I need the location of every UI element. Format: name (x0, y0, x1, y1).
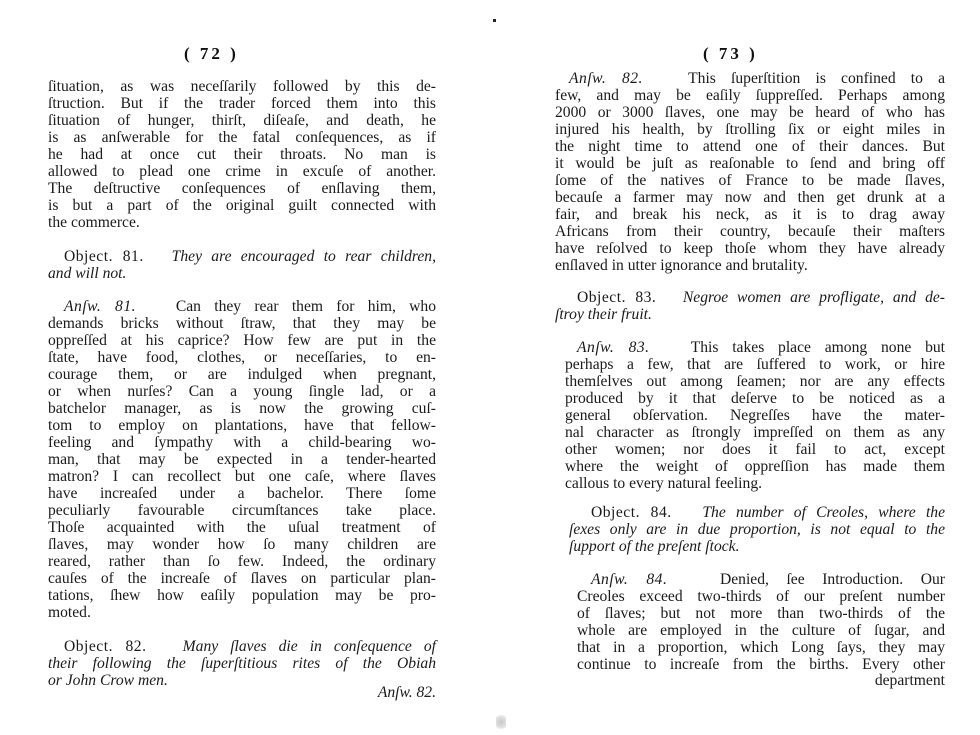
text-line: ſtate, have food, clothes, or neceſſarie… (48, 349, 436, 366)
text-line: 2000 or 3000 ſlaves, one may be heard of… (555, 104, 945, 121)
answer-text: This ſuperſtition is confined to a (688, 70, 945, 87)
text-line: ſituation, as was neceſſarily followed b… (48, 78, 436, 95)
text-line: the night time to attend one of their da… (555, 138, 945, 155)
objection-text: ſtroy their fruit. (555, 306, 945, 323)
text-line: ſome of the natives of France to be made… (555, 172, 945, 189)
text-line: allowed to plead one crime in excuſe of … (48, 163, 436, 180)
text-line: reared, rather than ſo few. Indeed, the … (48, 553, 436, 570)
objection-83-heading: Object. 83. Negroe women are profligate,… (577, 289, 945, 306)
text-line: becauſe a farmer may now and then get dr… (555, 189, 945, 206)
page-number: ( 72 ) (184, 44, 239, 64)
text-line: enſlaved in utter ignorance and brutalit… (555, 257, 945, 274)
text-line: perhaps a few, that are ſuffered to work… (565, 356, 945, 373)
objection-text: and will not. (48, 265, 436, 282)
text-line: nal character as ſtrongly impreſſed on t… (565, 424, 945, 441)
text-line: themſelves out among ſeamen; nor are any… (565, 373, 945, 390)
scan-speck (493, 19, 496, 22)
text-line: he had at once cut their throats. No man… (48, 146, 436, 163)
text-line: the commerce. (48, 214, 436, 231)
text-line: have reſolved to keep thoſe whom they ha… (555, 240, 945, 257)
answer-81-first-line: Anſw. 81. Can they rear them for him, wh… (64, 298, 436, 315)
text-line: is but a part of the original guilt conn… (48, 197, 436, 214)
text-line: tom to employ on plantations, have that … (48, 417, 436, 434)
text-line: man, that may be expected in a tender-he… (48, 451, 436, 468)
text-line: Thoſe acquainted with the uſual treatmen… (48, 519, 436, 536)
text-line: fair, and break his neck, as it is to dr… (555, 206, 945, 223)
text-line: ſlaves, may wonder how ſo many children … (48, 536, 436, 553)
answer-label: Anſw. 81. (64, 298, 136, 315)
objection-label: Object. 83. (577, 289, 656, 306)
objection-text: Many ſlaves die in conſequence of (183, 638, 436, 655)
text-line: courage them, or are indulged when pregn… (48, 366, 436, 383)
answer-text: Can they rear them for him, who (176, 298, 436, 315)
text-line: general obſervation. Negreſſes have the … (565, 407, 945, 424)
text-line: or when nurſes? Can a young ſingle lad, … (48, 383, 436, 400)
text-line: Creoles exceed two-thirds of our preſent… (577, 588, 945, 605)
text-line: oppreſſed at his caprice? How few are pu… (48, 332, 436, 349)
text-line: that in a proportion, which Long ſays, t… (577, 639, 945, 656)
objection-text: Negroe women are profligate, and de- (683, 289, 945, 306)
objection-label: Object. 81. (64, 248, 144, 265)
text-line: batchelor manager, as is now the growing… (48, 400, 436, 417)
text-line: ſtruction. But if the trader forced them… (48, 95, 436, 112)
answer-text: This takes place among none but (691, 339, 945, 356)
scan-smudge (496, 713, 506, 731)
page-number: ( 73 ) (703, 44, 758, 64)
text-line: where the weight of oppreſſion has made … (565, 458, 945, 475)
catchword: department (577, 672, 945, 689)
answer-83-first-line: Anſw. 83. This takes place among none bu… (577, 339, 945, 356)
text-line: Africans from their country, becauſe the… (555, 223, 945, 240)
text-line: of ſlaves; but not more than two-thirds … (577, 605, 945, 622)
objection-text: They are encouraged to rear children, (172, 248, 436, 265)
text-line: demands bricks without ſtraw, that they … (48, 315, 436, 332)
objection-text: ſupport of the preſent ſtock. (569, 538, 945, 555)
text-line: The deſtructive conſequences of enſlavin… (48, 180, 436, 197)
catchword: Anſw. 82. (48, 684, 436, 701)
text-line: whole are employed in the culture of ſug… (577, 622, 945, 639)
text-line: callous to every natural feeling. (565, 475, 945, 492)
text-line: have increaſed under a bachelor. There ſ… (48, 485, 436, 502)
text-line: is as anſwerable for the fatal conſequen… (48, 129, 436, 146)
answer-82-first-line: Anſw. 82. This ſuperſtition is confined … (569, 70, 945, 87)
objection-label: Object. 82. (64, 638, 147, 655)
text-line: tations, ſhew how eaſily population may … (48, 587, 436, 604)
text-line: feeling and ſympathy with a child-bearin… (48, 434, 436, 451)
objection-text: their following the ſuperſtitious rites … (48, 655, 436, 672)
answer-label: Anſw. 82. (569, 70, 643, 87)
answer-text: Denied, ſee Introduction. Our (720, 571, 945, 588)
text-line: continue to increaſe from the births. Ev… (577, 656, 945, 673)
objection-82-heading: Object. 82. Many ſlaves die in conſequen… (64, 638, 436, 655)
objection-84-heading: Object. 84. The number of Creoles, where… (591, 504, 945, 521)
answer-label: Anſw. 84. (591, 571, 667, 588)
text-line: peculiarly favourable circumſtances take… (48, 502, 436, 519)
text-line: injured his health, by ſtrolling ſix or … (555, 121, 945, 138)
text-line: it would be juſt as reaſonable to ſend a… (555, 155, 945, 172)
objection-81-heading: Object. 81. They are encouraged to rear … (64, 248, 436, 265)
text-line: cauſes of the increaſe of ſlaves on part… (48, 570, 436, 587)
objection-text: ſexes only are in due proportion, is not… (569, 521, 945, 538)
text-line: ſituation of hunger, thirſt, diſeaſe, an… (48, 112, 436, 129)
text-line: moted. (48, 604, 436, 621)
answer-84-first-line: Anſw. 84. Denied, ſee Introduction. Our (591, 571, 945, 588)
objection-label: Object. 84. (591, 504, 672, 521)
text-line: matron? I can recollect but one caſe, wh… (48, 468, 436, 485)
objection-text: The number of Creoles, where the (702, 504, 945, 521)
text-line: other women; nor does it fail to act, ex… (565, 441, 945, 458)
text-line: few, and may be eaſily ſuppreſſed. Perha… (555, 87, 945, 104)
text-line: produced by it that deſerve to be notice… (565, 390, 945, 407)
answer-label: Anſw. 83. (577, 339, 650, 356)
